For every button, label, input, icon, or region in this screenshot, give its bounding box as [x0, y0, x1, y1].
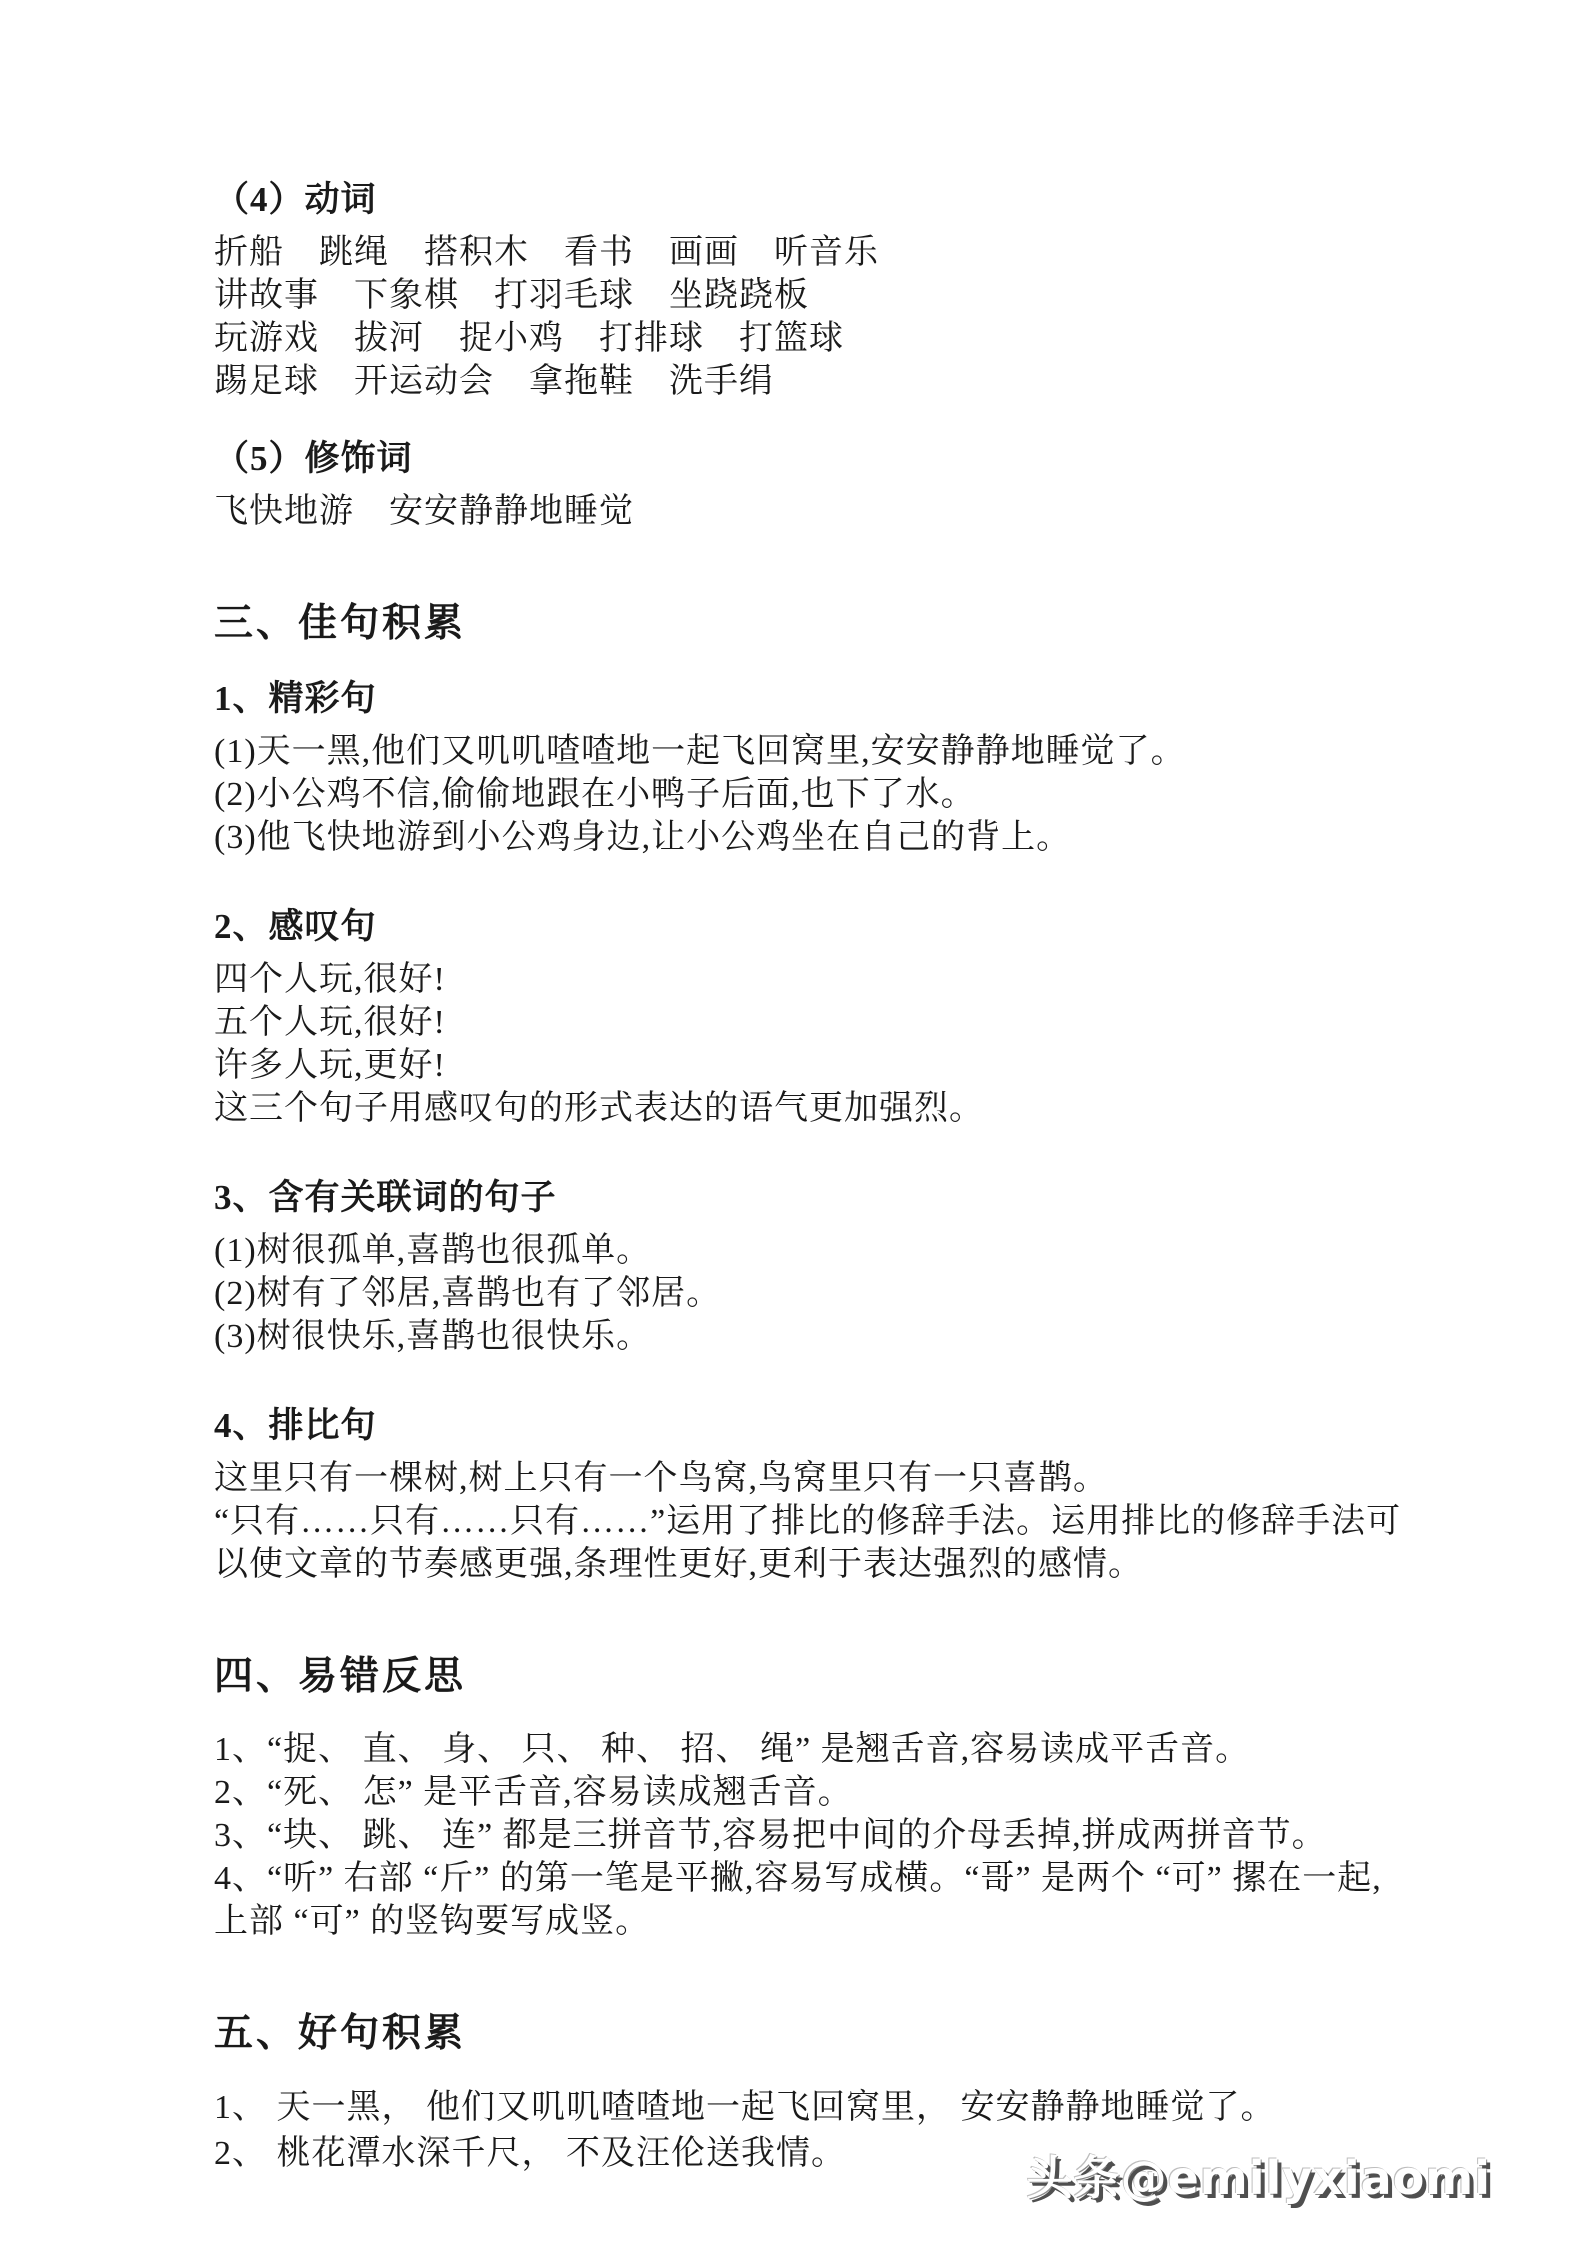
section-verbs: （4）动词 折船 跳绳 搭积木 看书 画画 听音乐 讲故事 下象棋 打羽毛球 坐… — [214, 176, 1477, 403]
document-content: （4）动词 折船 跳绳 搭积木 看书 画画 听音乐 讲故事 下象棋 打羽毛球 坐… — [0, 0, 1587, 2177]
text-line: 2、“死、 怎” 是平舌音,容易读成翘舌音。 — [214, 1771, 1477, 1814]
text-line: 这三个句子用感叹句的形式表达的语气更加强烈。 — [214, 1087, 1477, 1130]
heading-good-sentence-accumulation: 三、佳句积累 — [214, 599, 1477, 649]
text-line: “只有……只有……只有……”运用了排比的修辞手法。运用排比的修辞手法可 — [214, 1500, 1477, 1543]
subsection-exclamatory-sentences: 2、感叹句 四个人玩,很好! 五个人玩,很好! 许多人玩,更好! 这三个句子用感… — [214, 903, 1477, 1130]
subsection-parallel-sentences: 4、排比句 这里只有一棵树,树上只有一个鸟窝,鸟窝里只有一只喜鹊。 “只有……只… — [214, 1402, 1477, 1586]
text-line: (2)小公鸡不信,偷偷地跟在小鸭子后面,也下了水。 — [214, 773, 1477, 816]
text-line: 讲故事 下象棋 打羽毛球 坐跷跷板 — [214, 274, 1477, 317]
section-modifiers: （5）修饰词 飞快地游 安安静静地睡觉 — [214, 435, 1477, 533]
text-line: 4、“听” 右部 “斤” 的第一笔是平撇,容易写成横。“哥” 是两个 “可” 摞… — [214, 1857, 1477, 1900]
text-line: (1)天一黑,他们又叽叽喳喳地一起飞回窝里,安安静静地睡觉了。 — [214, 730, 1477, 773]
heading-modifiers: （5）修饰词 — [214, 435, 1477, 482]
text-line: 飞快地游 安安静静地睡觉 — [214, 490, 1477, 533]
text-line: 3、“块、 跳、 连” 都是三拼音节,容易把中间的介母丢掉,拼成两拼音节。 — [214, 1814, 1477, 1857]
text-line: (1)树很孤单,喜鹊也很孤单。 — [214, 1229, 1477, 1272]
text-line: 1、“捉、 直、 身、 只、 种、 招、 绳” 是翘舌音,容易读成平舌音。 — [214, 1728, 1477, 1771]
document-page: （4）动词 折船 跳绳 搭积木 看书 画画 听音乐 讲故事 下象棋 打羽毛球 坐… — [0, 0, 1587, 2245]
heading-verbs: （4）动词 — [214, 176, 1477, 223]
subsection-wonderful-sentences: 1、精彩句 (1)天一黑,他们又叽叽喳喳地一起飞回窝里,安安静静地睡觉了。 (2… — [214, 675, 1477, 859]
text-line: 这里只有一棵树,树上只有一个鸟窝,鸟窝里只有一只喜鹊。 — [214, 1457, 1477, 1500]
text-line: 五个人玩,很好! — [214, 1001, 1477, 1044]
text-line: 四个人玩,很好! — [214, 958, 1477, 1001]
text-line: 上部 “可” 的竖钩要写成竖。 — [214, 1900, 1477, 1943]
text-line: (2)树有了邻居,喜鹊也有了邻居。 — [214, 1272, 1477, 1315]
text-line: (3)树很快乐,喜鹊也很快乐。 — [214, 1315, 1477, 1358]
heading-good-phrase-accumulation: 五、好句积累 — [214, 2009, 1477, 2059]
text-line: (3)他飞快地游到小公鸡身边,让小公鸡坐在自己的背上。 — [214, 816, 1477, 859]
text-line: 踢足球 开运动会 拿拖鞋 洗手绢 — [214, 360, 1477, 403]
heading-conjunction-sentences: 3、含有关联词的句子 — [214, 1174, 1477, 1221]
text-line: 玩游戏 拔河 捉小鸡 打排球 打篮球 — [214, 317, 1477, 360]
subsection-conjunction-sentences: 3、含有关联词的句子 (1)树很孤单,喜鹊也很孤单。 (2)树有了邻居,喜鹊也有… — [214, 1174, 1477, 1358]
section-error-reflection-body: 1、“捉、 直、 身、 只、 种、 招、 绳” 是翘舌音,容易读成平舌音。 2、… — [214, 1728, 1477, 1943]
text-line: 折船 跳绳 搭积木 看书 画画 听音乐 — [214, 231, 1477, 274]
heading-error-reflection: 四、易错反思 — [214, 1652, 1477, 1702]
text-line: 许多人玩,更好! — [214, 1044, 1477, 1087]
toutiao-watermark: 头条@emilyxiaomi — [1027, 2142, 1491, 2208]
text-line: 以使文章的节奏感更强,条理性更好,更利于表达强烈的感情。 — [214, 1543, 1477, 1586]
heading-exclamatory-sentences: 2、感叹句 — [214, 903, 1477, 950]
heading-parallel-sentences: 4、排比句 — [214, 1402, 1477, 1449]
heading-wonderful-sentences: 1、精彩句 — [214, 675, 1477, 722]
text-line: 1、 天一黑， 他们又叽叽喳喳地一起飞回窝里， 安安静静地睡觉了。 — [214, 2085, 1477, 2131]
